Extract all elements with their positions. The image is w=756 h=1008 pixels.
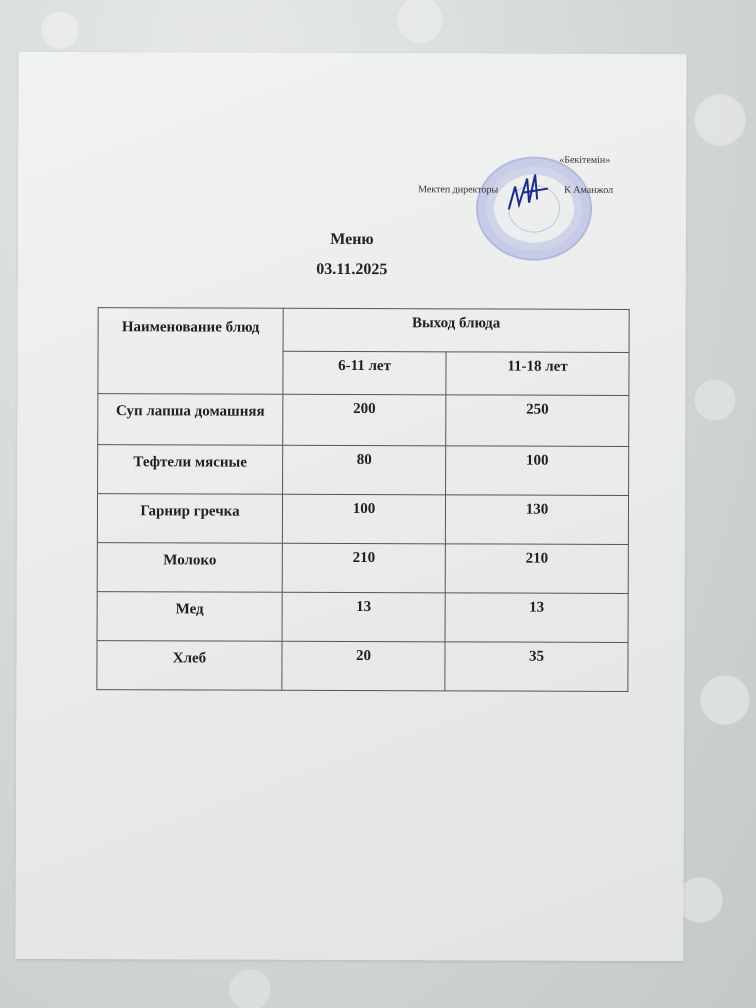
portion-11-18: 13 xyxy=(445,593,628,643)
dish-name: Суп лапша домашняя xyxy=(98,394,283,446)
header-dish-name: Наименование блюд xyxy=(98,308,283,395)
portion-6-11: 200 xyxy=(283,394,446,446)
portion-11-18: 250 xyxy=(446,395,629,447)
header-portion-output: Выход блюда xyxy=(283,308,629,352)
table-row: Хлеб 20 35 xyxy=(97,641,628,692)
portion-11-18: 100 xyxy=(446,446,629,496)
portion-6-11: 210 xyxy=(282,543,445,593)
portion-6-11: 13 xyxy=(282,592,445,642)
approve-word: «Бекітемін» xyxy=(559,155,610,166)
portion-11-18: 210 xyxy=(445,544,628,594)
portion-6-11: 100 xyxy=(282,494,445,544)
table-row: Тефтели мясные 80 100 xyxy=(98,445,629,496)
table-row: Молоко 210 210 xyxy=(97,543,628,594)
portion-11-18: 130 xyxy=(445,495,628,545)
table-row: Суп лапша домашняя 200 250 xyxy=(98,394,629,447)
menu-sheet: «Бекітемін» Мектеп директоры К Аманжол М… xyxy=(15,52,686,961)
table-row: Гарнир гречка 100 130 xyxy=(97,494,628,545)
dish-name: Молоко xyxy=(97,543,282,593)
menu-table: Наименование блюд Выход блюда 6-11 лет 1… xyxy=(96,307,629,692)
dish-name: Мед xyxy=(97,592,282,642)
director-label: Мектеп директоры xyxy=(418,184,498,195)
dish-name: Гарнир гречка xyxy=(97,494,282,544)
header-age-6-11: 6-11 лет xyxy=(283,351,446,395)
portion-6-11: 80 xyxy=(283,445,446,495)
document-date: 03.11.2025 xyxy=(18,260,686,280)
portion-6-11: 20 xyxy=(282,641,445,691)
document-title: Меню xyxy=(18,230,686,250)
header-age-11-18: 11-18 лет xyxy=(446,352,629,396)
table-row: Мед 13 13 xyxy=(97,592,628,643)
dish-name: Хлеб xyxy=(97,641,282,691)
signature-icon xyxy=(501,169,561,219)
portion-11-18: 35 xyxy=(445,642,628,692)
dish-name: Тефтели мясные xyxy=(98,445,283,495)
director-name: К Аманжол xyxy=(564,185,613,196)
